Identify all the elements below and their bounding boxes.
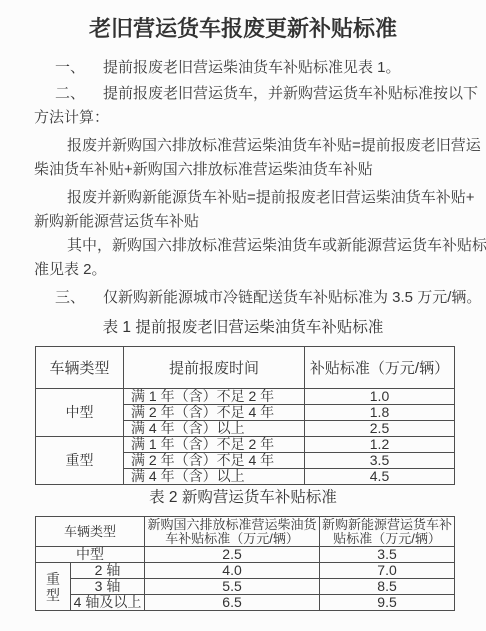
table2-caption: 表 2 新购营运货车补贴标准 [0,486,486,510]
vehicle-class-cell: 中型 [36,547,145,563]
list-marker-3: 三、 [55,286,103,310]
amount-cell: 9.5 [320,595,455,611]
body-line-7: 新购新能源营运货车补贴 [0,210,486,234]
amount-cell: 4.0 [145,563,320,579]
amount-cell: 7.0 [320,563,455,579]
body-line-4: 报废并新购国六排放标准营运柴油货车补贴=提前报废老旧营运 [0,134,486,158]
period-cell: 满 1 年（含）不足 2 年 [124,437,305,453]
line-text: 提前报废老旧营运柴油货车补贴标准见表 1。 [103,59,401,76]
period-cell: 满 1 年（含）不足 2 年 [124,389,305,405]
table1-heavy-type-cell: 重型 [36,437,124,485]
amount-cell: 3.5 [320,547,455,563]
amount-cell: 4.5 [305,469,455,485]
vertical-label: 重型 [46,571,60,603]
amount-cell: 8.5 [320,579,455,595]
table-row: 重型 满 1 年（含）不足 2 年 1.2 [36,437,455,453]
axle-cell: 4 轴及以上 [71,595,145,611]
table1-header-scrap-time: 提前报废时间 [124,347,305,389]
period-cell: 满 2 年（含）不足 4 年 [124,405,305,421]
table2-header-ev-subsidy: 新购新能源营运货车补 贴标准（万元/辆） [320,517,455,547]
amount-cell: 1.0 [305,389,455,405]
amount-cell: 1.2 [305,437,455,453]
body-line-5: 柴油货车补贴+新购国六排放标准营运柴油货车补贴 [0,158,486,182]
amount-cell: 6.5 [145,595,320,611]
table1-caption: 表 1 提前报废老旧营运柴油货车补贴标准 [0,316,486,340]
table-row: 3 轴 5.5 8.5 [36,579,455,595]
body-line-10: 三、仅新购新能源城市冷链配送货车补贴标准为 3.5 万元/辆。 [0,286,486,310]
body-line-2: 二、提前报废老旧营运货车，并新购营运货车补贴标准按以下 [0,82,486,106]
table2-header-vehicle-type: 车辆类型 [36,517,145,547]
body-line-3: 方法计算： [0,106,486,130]
amount-cell: 1.8 [305,405,455,421]
table2-header-row: 车辆类型 新购国六排放标准营运柴油货 车补贴标准（万元/辆） 新购新能源营运货车… [36,517,455,547]
line-text: 仅新购新能源城市冷链配送货车补贴标准为 3.5 万元/辆。 [103,289,481,306]
table1-medium-type-cell: 中型 [36,389,124,437]
table-row: 4 轴及以上 6.5 9.5 [36,595,455,611]
amount-cell: 5.5 [145,579,320,595]
axle-cell: 2 轴 [71,563,145,579]
table1-header-vehicle-type: 车辆类型 [36,347,124,389]
list-marker-1: 一、 [55,56,103,80]
table1-early-scrap-subsidy: 车辆类型 提前报废时间 补贴标准（万元/辆） 中型 满 1 年（含）不足 2 年… [35,346,455,485]
document-title: 老旧营运货车报废更新补贴标准 [0,12,486,46]
table-row: 中型 2.5 3.5 [36,547,455,563]
table1-header-subsidy: 补贴标准（万元/辆） [305,347,455,389]
table1-header-row: 车辆类型 提前报废时间 补贴标准（万元/辆） [36,347,455,389]
line-text: 提前报废老旧营运货车，并新购营运货车补贴标准按以下 [103,85,478,102]
table2-new-purchase-subsidy: 车辆类型 新购国六排放标准营运柴油货 车补贴标准（万元/辆） 新购新能源营运货车… [35,516,455,611]
document-page: 老旧营运货车报废更新补贴标准 一、提前报废老旧营运柴油货车补贴标准见表 1。 二… [0,0,486,631]
table2-heavy-type-cell: 重型 [36,563,71,611]
period-cell: 满 4 年（含）以上 [124,421,305,437]
table2-header-diesel-subsidy: 新购国六排放标准营运柴油货 车补贴标准（万元/辆） [145,517,320,547]
body-line-8: 其中，新购国六排放标准营运柴油货车或新能源营运货车补贴标 [0,234,486,258]
table-row: 重型 2 轴 4.0 7.0 [36,563,455,579]
axle-cell: 3 轴 [71,579,145,595]
period-cell: 满 2 年（含）不足 4 年 [124,453,305,469]
body-line-1: 一、提前报废老旧营运柴油货车补贴标准见表 1。 [0,56,486,80]
list-marker-2: 二、 [55,82,103,106]
body-line-6: 报废并新购新能源货车补贴=提前报废老旧营运柴油货车补贴+ [0,186,486,210]
body-line-9: 准见表 2。 [0,258,486,282]
table-row: 中型 满 1 年（含）不足 2 年 1.0 [36,389,455,405]
amount-cell: 2.5 [145,547,320,563]
amount-cell: 3.5 [305,453,455,469]
period-cell: 满 4 年（含）以上 [124,469,305,485]
amount-cell: 2.5 [305,421,455,437]
